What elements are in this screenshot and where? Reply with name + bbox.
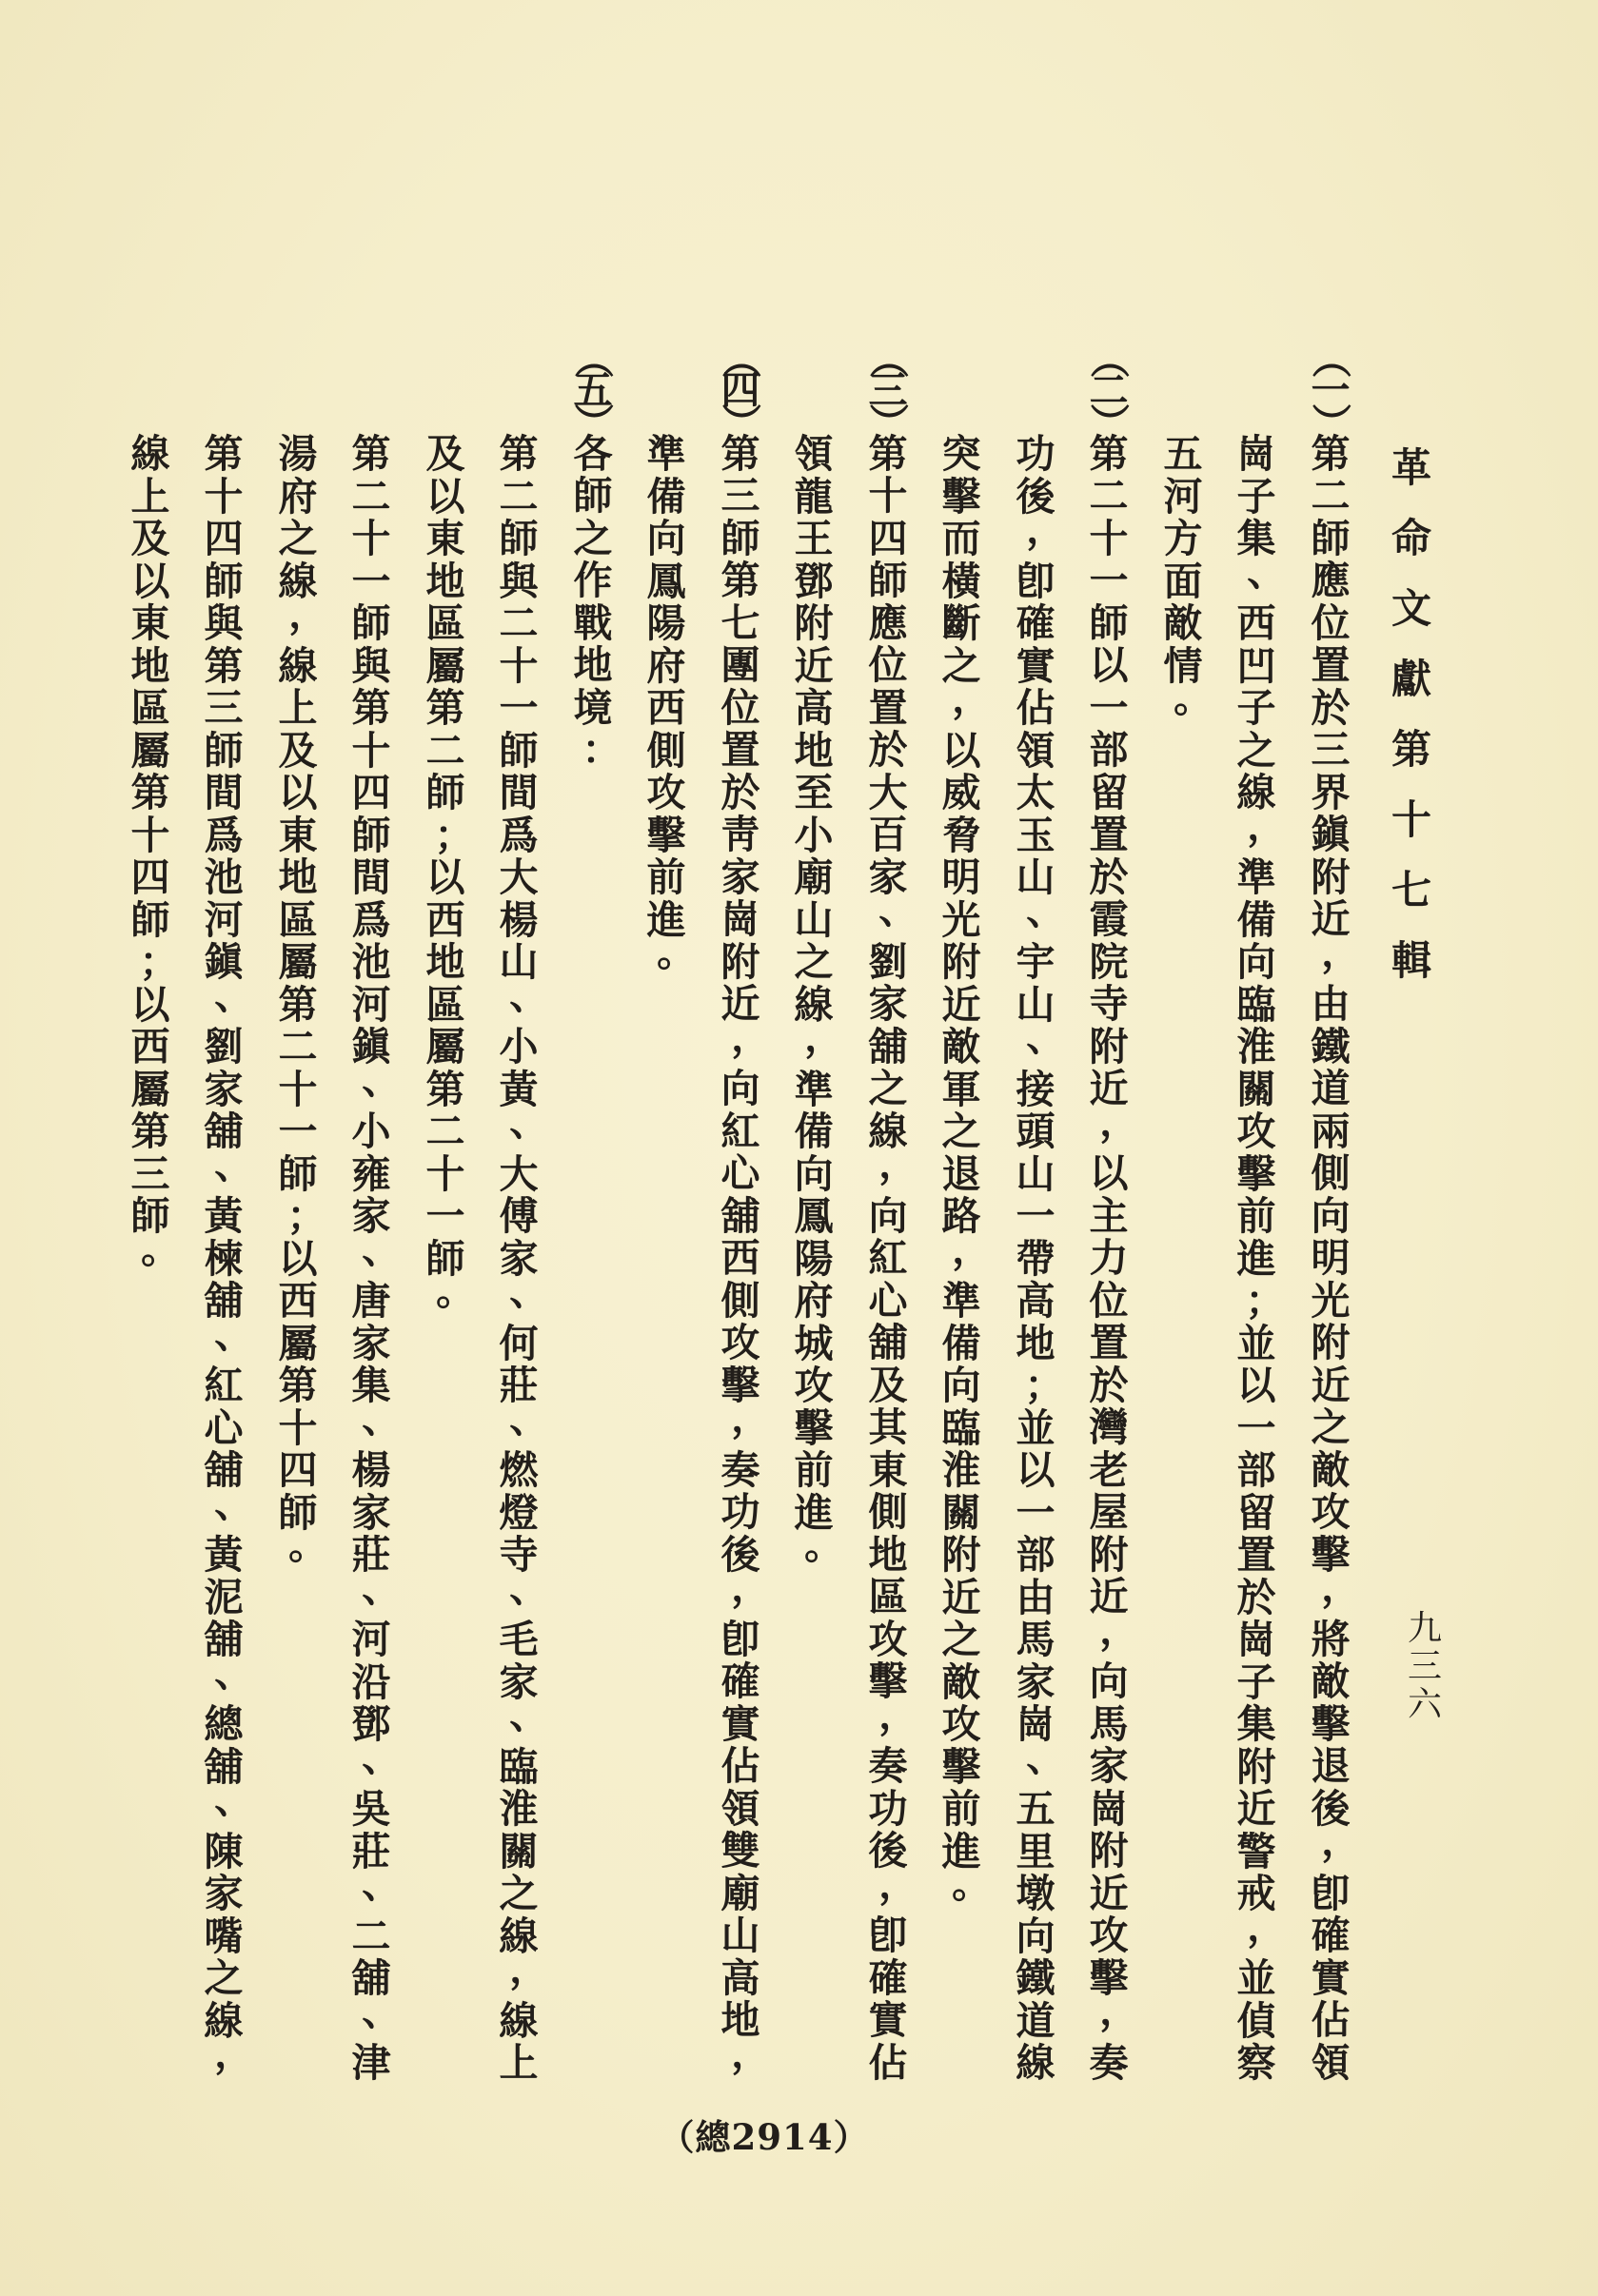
glyph: 攻 xyxy=(1230,1110,1283,1153)
glyph: 三 xyxy=(124,1153,177,1196)
glyph: 確 xyxy=(714,1660,767,1703)
glyph: 之 xyxy=(492,1873,545,1915)
glyph: 屬 xyxy=(419,1026,472,1069)
glyph: 第 xyxy=(197,433,250,476)
glyph: 高 xyxy=(787,687,840,730)
glyph: 十 xyxy=(861,475,915,518)
book-page: 革命文獻第十七輯 九三六 （一）第二師應位置於三界鎭附近，由鐵道兩側向明光附近之… xyxy=(0,0,1598,2296)
glyph: 向 xyxy=(1304,1195,1357,1238)
glyph: 、 xyxy=(355,1567,408,1610)
glyph: 二 xyxy=(345,1915,398,1958)
glyph: 位 xyxy=(1082,1280,1135,1323)
glyph: 一 xyxy=(1082,559,1135,602)
glyph: 至 xyxy=(787,772,840,814)
glyph: 準 xyxy=(935,1280,988,1323)
glyph: 三 xyxy=(1398,1648,1451,1686)
glyph: 百 xyxy=(861,814,915,856)
glyph: 舖 xyxy=(714,1195,767,1238)
glyph: ， xyxy=(1240,1906,1293,1949)
glyph: 、 xyxy=(503,974,556,1016)
glyph: 側 xyxy=(861,1491,915,1534)
glyph: 獻 xyxy=(1385,644,1438,715)
glyph: 二 xyxy=(1304,475,1357,518)
glyph: ； xyxy=(280,1195,333,1238)
glyph: 向 xyxy=(1230,941,1283,984)
glyph: 附 xyxy=(1304,1322,1357,1364)
glyph: 地 xyxy=(861,1534,915,1577)
glyph: 何 xyxy=(492,1323,545,1365)
glyph: 以 xyxy=(271,772,325,814)
glyph: 王 xyxy=(787,518,840,560)
glyph: 家 xyxy=(197,1069,250,1111)
text-line: 領龍王鄧附近高地至小廟山之線，準備向鳳陽府城攻擊前進。 xyxy=(787,433,840,1577)
glyph: 屬 xyxy=(271,1323,325,1365)
glyph: 、 xyxy=(503,1270,556,1313)
glyph: 以 xyxy=(1082,644,1135,687)
glyph: 之 xyxy=(861,1068,915,1110)
glyph: 臨 xyxy=(492,1746,545,1789)
glyph: 灣 xyxy=(1082,1406,1135,1449)
glyph: 、 xyxy=(355,1059,408,1102)
glyph: 心 xyxy=(197,1407,250,1450)
glyph: 以 xyxy=(419,856,472,899)
text-line-paragraph-1-start: （一）第二師應位置於三界鎭附近，由鐵道兩側向明光附近之敵攻擊，將敵擊退後，卽確實… xyxy=(1304,348,1357,2084)
glyph: 心 xyxy=(861,1280,915,1323)
glyph: 實 xyxy=(1304,1957,1357,2000)
glyph: 師 xyxy=(566,475,620,518)
glyph: 臨 xyxy=(935,1407,988,1450)
glyph: 側 xyxy=(714,1280,767,1323)
glyph: 三 xyxy=(714,475,767,518)
glyph: 敵 xyxy=(1304,1660,1357,1703)
glyph: 西 xyxy=(271,1280,325,1323)
text-line-paragraph-3-start: （三）第十四師應位置於大百家、劉家舖之線，向紅心舖及其東側地區攻擊，奏功後，卽確… xyxy=(861,348,915,2084)
glyph: 斷 xyxy=(935,602,988,645)
glyph: 。 xyxy=(134,1228,187,1271)
glyph: ， xyxy=(1314,932,1368,974)
glyph: 奏 xyxy=(861,1745,915,1788)
glyph: 家 xyxy=(861,983,915,1026)
glyph: 、 xyxy=(355,1863,408,1906)
glyph: （ xyxy=(582,332,603,385)
glyph: 四 xyxy=(124,856,177,899)
glyph: 之 xyxy=(1230,730,1283,773)
glyph: 留 xyxy=(1230,1492,1283,1535)
text-line: 準備向鳳陽府西側攻擊前進。 xyxy=(640,433,693,984)
glyph: ） xyxy=(1320,396,1341,449)
glyph: 並 xyxy=(1009,1407,1062,1450)
glyph: 附 xyxy=(1082,1830,1135,1873)
glyph: 攻 xyxy=(935,1703,988,1746)
glyph: 及 xyxy=(271,730,325,773)
glyph: 家 xyxy=(345,1323,398,1365)
glyph: 並 xyxy=(1230,1957,1283,2000)
glyph: 。 xyxy=(1167,677,1220,720)
glyph: 地 xyxy=(787,730,840,773)
glyph: 向 xyxy=(640,518,693,560)
glyph: 四 xyxy=(345,772,398,814)
glyph: 霞 xyxy=(1082,898,1135,941)
glyph: 佔 xyxy=(714,1745,767,1788)
glyph: 奏 xyxy=(714,1449,767,1492)
glyph: 突 xyxy=(935,433,988,476)
glyph: 擊 xyxy=(935,1746,988,1789)
glyph: ； xyxy=(1238,1280,1292,1323)
glyph: 紅 xyxy=(714,1110,767,1153)
glyph: 紅 xyxy=(861,1237,915,1280)
text-line-paragraph-5-start: （五）各師之作戰地境： xyxy=(566,348,620,772)
glyph: 十 xyxy=(345,518,398,560)
glyph: 河 xyxy=(197,899,250,942)
glyph: 鎭 xyxy=(1304,814,1357,856)
glyph: 、 xyxy=(1019,1016,1073,1059)
glyph: 接 xyxy=(1009,1069,1062,1111)
glyph: 作 xyxy=(566,559,620,602)
glyph: 備 xyxy=(787,1110,840,1153)
glyph: 由 xyxy=(1304,983,1357,1026)
glyph: ， xyxy=(282,593,335,636)
glyph: 爲 xyxy=(492,814,545,857)
glyph: ， xyxy=(1314,1820,1368,1863)
glyph: 、 xyxy=(207,1482,261,1525)
glyph: 附 xyxy=(787,602,840,645)
glyph: （ xyxy=(730,332,751,385)
glyph: 子 xyxy=(1230,687,1283,730)
glyph: 區 xyxy=(419,602,472,645)
glyph: 應 xyxy=(861,602,915,645)
glyph: 關 xyxy=(492,1831,545,1874)
glyph: 第 xyxy=(271,1364,325,1407)
glyph: 位 xyxy=(1304,602,1357,645)
glyph: 第 xyxy=(124,1110,177,1153)
glyph: 。 xyxy=(282,1524,335,1567)
glyph: 第 xyxy=(419,687,472,730)
glyph: 而 xyxy=(935,518,988,560)
glyph: 向 xyxy=(787,1153,840,1196)
glyph: 十 xyxy=(197,476,250,519)
glyph: 山 xyxy=(1009,1153,1062,1196)
glyph: 四 xyxy=(271,1449,325,1492)
glyph: 河 xyxy=(1156,476,1210,519)
glyph: 擊 xyxy=(1304,1703,1357,1746)
glyph: 師 xyxy=(271,1153,325,1196)
glyph: 屬 xyxy=(271,941,325,984)
glyph: 師 xyxy=(197,560,250,603)
glyph: 帶 xyxy=(1009,1238,1062,1281)
glyph: 二 xyxy=(1082,475,1135,518)
glyph: 於 xyxy=(861,729,915,772)
glyph: 奏 xyxy=(1082,2042,1135,2085)
glyph: 、 xyxy=(503,1567,556,1610)
glyph: 燃 xyxy=(492,1449,545,1492)
glyph: 佔 xyxy=(1304,1999,1357,2042)
glyph: 舖 xyxy=(861,1322,915,1364)
text-line: 第二師與二十一師間爲大楊山、小黃、大傅家、何莊、燃燈寺、毛家、臨淮關之線，線上 xyxy=(492,433,545,2085)
glyph: 偵 xyxy=(1230,2000,1283,2043)
glyph: 沿 xyxy=(345,1661,398,1704)
glyph: 線 xyxy=(271,645,325,688)
text-line: 第十四師與第三師間爲池河鎭、劉家舖、黃楝舖、紅心舖、黃泥舖、總舖、陳家嘴之線， xyxy=(197,433,250,2085)
glyph: 間 xyxy=(197,772,250,814)
glyph: 師 xyxy=(714,518,767,560)
glyph: 師 xyxy=(492,730,545,773)
glyph: 實 xyxy=(1009,645,1062,688)
glyph: ， xyxy=(1093,1990,1146,2032)
glyph: 、 xyxy=(503,1694,556,1737)
glyph: 脅 xyxy=(935,814,988,857)
glyph: 西 xyxy=(1230,602,1283,645)
glyph: 二 xyxy=(419,1110,472,1153)
glyph: 敵 xyxy=(1156,602,1210,645)
glyph: 第 xyxy=(714,559,767,602)
glyph: ， xyxy=(1093,1101,1146,1144)
glyph: 線 xyxy=(1009,2042,1062,2085)
glyph: 、 xyxy=(355,1991,408,2033)
glyph: 師 xyxy=(1304,518,1357,560)
glyph: 小 xyxy=(345,1110,398,1153)
glyph: 劉 xyxy=(861,941,915,984)
glyph: 、 xyxy=(355,1228,408,1271)
glyph: 寺 xyxy=(1082,983,1135,1026)
glyph: 備 xyxy=(935,1323,988,1365)
glyph: 以 xyxy=(1230,1364,1283,1407)
glyph: 玉 xyxy=(1009,814,1062,857)
glyph: 一 xyxy=(492,687,545,730)
glyph: 河 xyxy=(345,984,398,1027)
glyph: 於 xyxy=(1304,687,1357,730)
glyph: 於 xyxy=(1082,856,1135,899)
glyph: 四 xyxy=(197,518,250,560)
glyph: 附 xyxy=(1082,1026,1135,1069)
glyph: 附 xyxy=(935,941,988,984)
glyph: 、 xyxy=(503,1101,556,1144)
glyph: 七 xyxy=(714,602,767,645)
glyph: ； xyxy=(132,941,186,984)
glyph: ， xyxy=(724,1016,778,1059)
glyph: 十 xyxy=(419,1153,472,1196)
glyph: 第 xyxy=(124,772,177,814)
glyph: 、 xyxy=(207,1652,261,1695)
glyph: 鄧 xyxy=(787,560,840,603)
glyph: 紅 xyxy=(197,1364,250,1407)
glyph: 集 xyxy=(1230,1703,1283,1746)
glyph: ） xyxy=(730,396,751,449)
glyph: 家 xyxy=(1082,1745,1135,1788)
text-line: 及以東地區屬第二師；以西地區屬第二十一師。 xyxy=(419,433,472,1323)
glyph: 廟 xyxy=(787,856,840,899)
glyph: 雙 xyxy=(714,1830,767,1873)
glyph: 附 xyxy=(714,941,767,984)
glyph: 區 xyxy=(419,984,472,1027)
glyph: 五 xyxy=(1009,1788,1062,1831)
glyph: 十 xyxy=(271,1407,325,1450)
glyph: 區 xyxy=(861,1576,915,1619)
glyph: 於 xyxy=(714,772,767,814)
glyph: 向 xyxy=(1082,1660,1135,1703)
glyph: 十 xyxy=(345,730,398,773)
glyph: 劉 xyxy=(197,1026,250,1069)
glyph: 文 xyxy=(1385,574,1438,644)
glyph: 、 xyxy=(207,1144,261,1187)
glyph: 以 xyxy=(124,560,177,603)
glyph: 淮 xyxy=(1230,1026,1283,1069)
glyph: 院 xyxy=(1082,941,1135,984)
glyph: 地 xyxy=(566,644,620,687)
glyph: 區 xyxy=(271,899,325,942)
glyph: 十 xyxy=(271,1069,325,1111)
glyph: 楊 xyxy=(492,899,545,942)
glyph: 。 xyxy=(429,1270,483,1313)
glyph: 大 xyxy=(492,1153,545,1196)
glyph: 確 xyxy=(1009,602,1062,645)
glyph: 擊 xyxy=(640,814,693,857)
glyph: 及 xyxy=(124,518,177,560)
glyph: ， xyxy=(872,1863,925,1906)
glyph: 攻 xyxy=(1304,1491,1357,1534)
glyph: 東 xyxy=(124,602,177,645)
glyph: 西 xyxy=(124,1026,177,1069)
glyph: 二 xyxy=(492,476,545,519)
glyph: 附 xyxy=(1304,856,1357,899)
glyph: 九 xyxy=(1398,1610,1451,1648)
glyph: 前 xyxy=(787,1449,840,1492)
glyph: 東 xyxy=(861,1449,915,1492)
glyph: ， xyxy=(1240,805,1293,848)
glyph: 。 xyxy=(945,1863,998,1906)
glyph: 察 xyxy=(1230,2042,1283,2085)
glyph: 楝 xyxy=(197,1238,250,1281)
glyph: 、 xyxy=(207,974,261,1016)
glyph: 崗 xyxy=(1230,433,1283,476)
glyph: 確 xyxy=(861,1957,915,2000)
glyph: 置 xyxy=(714,729,767,772)
glyph: （ xyxy=(1098,332,1119,385)
glyph: 山 xyxy=(787,899,840,942)
text-line: 功後，卽確實佔領太玉山、宇山、接頭山一帶高地；並以一部由馬家崗、五里墩向鐵道線 xyxy=(1009,433,1062,2085)
glyph: 線 xyxy=(492,2000,545,2043)
glyph: 敵 xyxy=(935,1661,988,1704)
glyph: 之 xyxy=(1304,1406,1357,1449)
glyph: 進 xyxy=(1230,1238,1283,1281)
glyph: 第 xyxy=(1385,715,1438,785)
glyph: 及 xyxy=(419,433,472,476)
glyph: 家 xyxy=(1009,1661,1062,1704)
glyph: 置 xyxy=(1082,814,1135,856)
glyph: 革 xyxy=(1385,433,1438,503)
glyph: 墩 xyxy=(1009,1873,1062,1915)
glyph: 師 xyxy=(492,518,545,560)
glyph: 佔 xyxy=(1009,687,1062,730)
glyph: 西 xyxy=(714,1237,767,1280)
glyph: ， xyxy=(798,1016,851,1059)
glyph: 卽 xyxy=(1304,1873,1357,1915)
glyph: 六 xyxy=(1398,1686,1451,1724)
glyph: 毛 xyxy=(492,1619,545,1661)
glyph: ） xyxy=(582,396,603,449)
glyph: 之 xyxy=(566,518,620,560)
glyph: 關 xyxy=(1230,1069,1283,1111)
glyph: 心 xyxy=(714,1152,767,1195)
glyph: 鳳 xyxy=(787,1195,840,1238)
glyph: 二 xyxy=(345,476,398,519)
glyph: 府 xyxy=(640,645,693,688)
glyph: 。 xyxy=(798,1524,851,1567)
glyph: 之 xyxy=(271,518,325,560)
glyph: 敵 xyxy=(935,1026,988,1069)
glyph: 師 xyxy=(124,899,177,942)
glyph: ） xyxy=(1098,396,1119,449)
glyph: ， xyxy=(872,1694,925,1737)
glyph: 與 xyxy=(492,560,545,603)
glyph: 師 xyxy=(419,772,472,814)
glyph: 湯 xyxy=(271,433,325,476)
glyph: 河 xyxy=(345,1619,398,1661)
glyph: 小 xyxy=(787,814,840,857)
glyph: 光 xyxy=(935,899,988,942)
glyph: 於 xyxy=(1082,1364,1135,1407)
glyph: 、 xyxy=(355,1737,408,1779)
glyph: 應 xyxy=(1304,559,1357,602)
glyph: 置 xyxy=(1230,1534,1283,1577)
glyph: 宇 xyxy=(1009,941,1062,984)
glyph: ， xyxy=(207,2032,261,2075)
glyph: 命 xyxy=(1385,503,1438,574)
glyph: 將 xyxy=(1304,1619,1357,1661)
glyph: ； xyxy=(1017,1364,1071,1407)
glyph: 準 xyxy=(1230,856,1283,899)
glyph: 屬 xyxy=(419,645,472,688)
glyph: 面 xyxy=(1156,560,1210,603)
glyph: 之 xyxy=(197,1957,250,2000)
glyph: ， xyxy=(945,1228,998,1271)
glyph: 攻 xyxy=(1082,1914,1135,1957)
glyph: 向 xyxy=(714,1068,767,1110)
glyph: 確 xyxy=(1304,1914,1357,1957)
glyph: 陳 xyxy=(197,1831,250,1874)
glyph: 近 xyxy=(1230,1788,1283,1831)
glyph: 七 xyxy=(1385,855,1438,926)
glyph: 準 xyxy=(787,1069,840,1111)
glyph: 卽 xyxy=(714,1619,767,1661)
glyph: 以 xyxy=(419,476,472,519)
glyph: 領 xyxy=(1304,2042,1357,2085)
glyph: 上 xyxy=(271,687,325,730)
glyph: 置 xyxy=(861,687,915,730)
glyph: 嘴 xyxy=(197,1915,250,1958)
glyph: 部 xyxy=(1082,729,1135,772)
glyph: 功 xyxy=(1009,433,1062,476)
glyph: 功 xyxy=(861,1788,915,1831)
glyph: 靑 xyxy=(714,814,767,856)
glyph: 備 xyxy=(1230,899,1283,942)
glyph: 燈 xyxy=(492,1492,545,1535)
glyph: 留 xyxy=(1082,772,1135,814)
glyph: 領 xyxy=(787,433,840,476)
glyph: 主 xyxy=(1082,1195,1135,1238)
glyph: 由 xyxy=(1009,1577,1062,1619)
glyph: 舖 xyxy=(861,1026,915,1069)
glyph: 近 xyxy=(787,645,840,688)
glyph: 廟 xyxy=(714,1873,767,1915)
glyph: 泥 xyxy=(197,1577,250,1619)
glyph: 、 xyxy=(207,1778,261,1821)
glyph: 家 xyxy=(197,1873,250,1915)
glyph: 明 xyxy=(935,856,988,899)
glyph: 方 xyxy=(1156,518,1210,560)
glyph: 五 xyxy=(1156,433,1210,476)
text-line-paragraph-2-start: （二）第二十一師以一部留置於霞院寺附近，以主力位置於灣老屋附近，向馬家崗附近攻擊… xyxy=(1082,348,1135,2084)
glyph: 擊 xyxy=(1230,1153,1283,1196)
